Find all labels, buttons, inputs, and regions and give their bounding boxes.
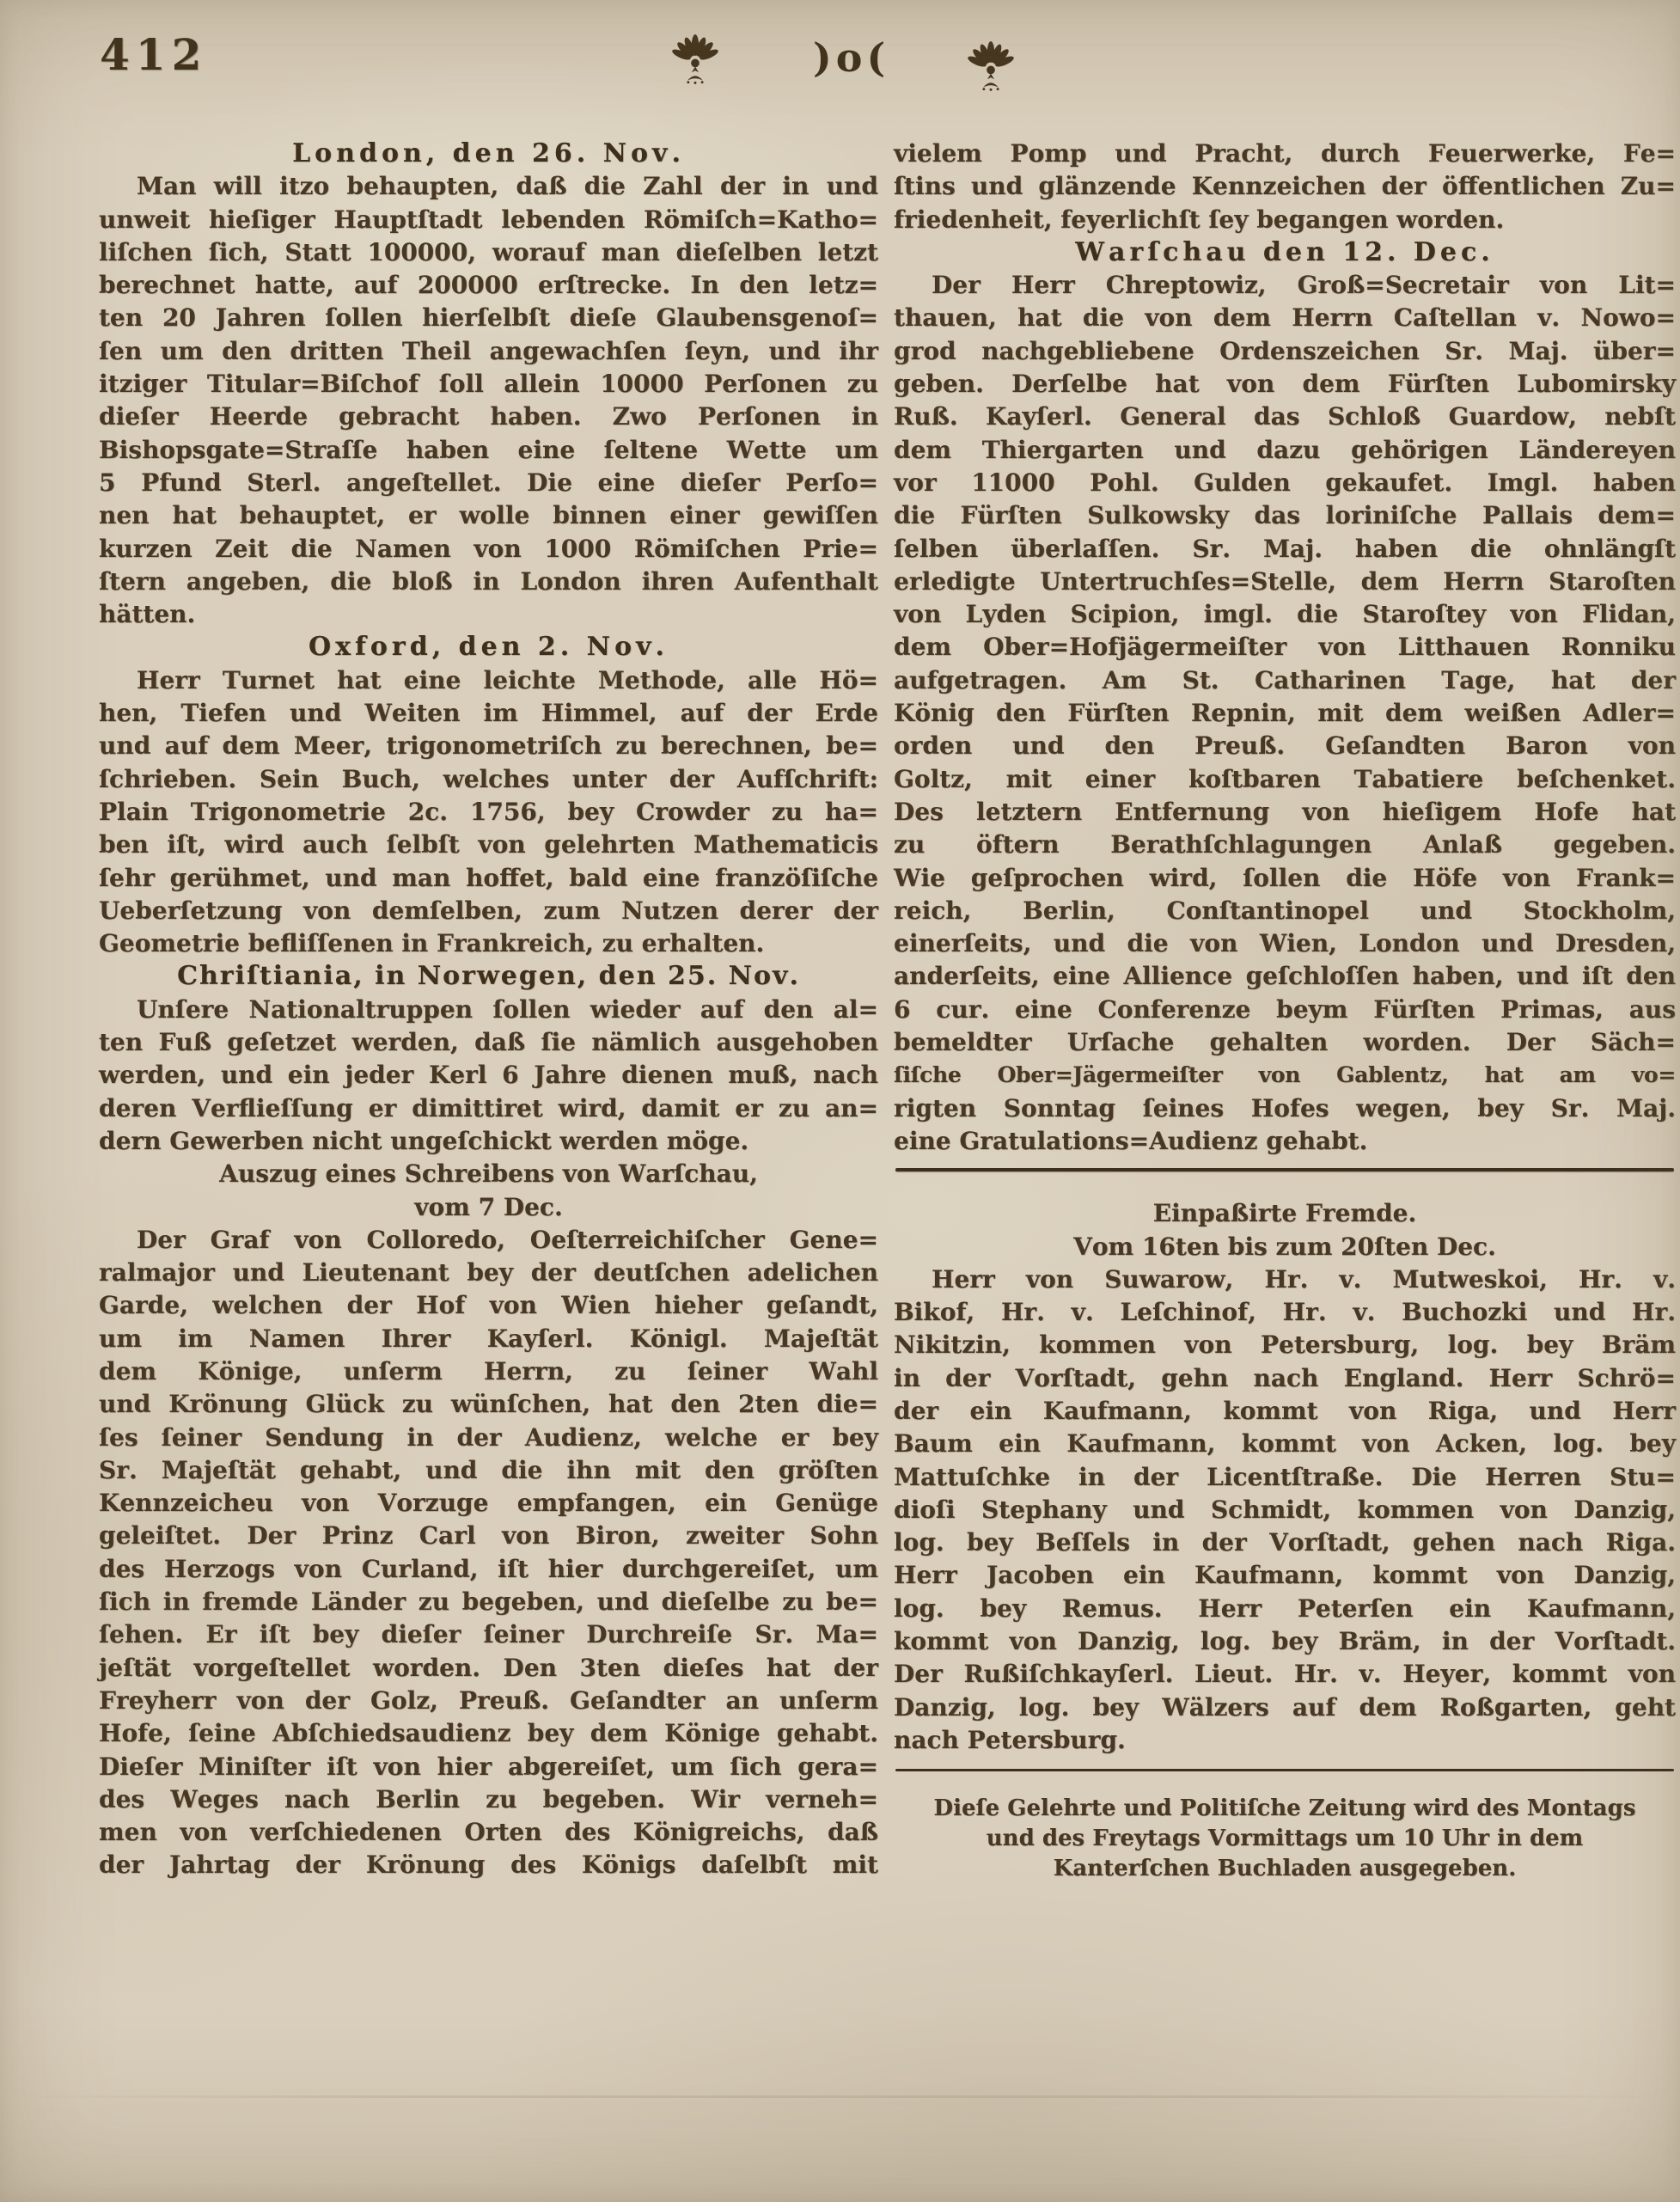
text-line: ralmajor und Lieutenant bey der deutſche…	[99, 1257, 878, 1289]
text-line: ſchrieben. Sein Buch, welches unter der …	[99, 763, 878, 796]
text-line: Geometrie befliſſenen in Frankreich, zu …	[99, 927, 878, 960]
text-line: und Krönung Glück zu wünſchen, hat den 2…	[99, 1388, 878, 1421]
heading-line: Chriſtiania, in Norwegen, den 25. Nov.	[99, 960, 878, 993]
text-line: zu öftern Berathſchlagungen Anlaß gegebe…	[894, 829, 1676, 861]
text-line: vor 11000 Pohl. Gulden gekaufet. Imgl. h…	[894, 467, 1676, 499]
text-line: des Weges nach Berlin zu begeben. Wir ve…	[99, 1783, 878, 1816]
text-line: dem Thiergarten und dazu gehörigen Lände…	[894, 434, 1676, 467]
text-line: Garde, welchen der Hof von Wien hieher g…	[99, 1289, 878, 1322]
text-line: Des letztern Entfernung von hieſigem Hof…	[894, 796, 1676, 829]
text-line: friedenheit, feyerlichſt ſey begangen wo…	[894, 204, 1676, 236]
text-line: anderſeits, eine Allience geſchloſſen ha…	[894, 960, 1676, 993]
text-line: ſehr gerühmet, und man hoffet, bald eine…	[99, 862, 878, 895]
text-line: König den Fürſten Repnin, mit dem weißen…	[894, 697, 1676, 730]
text-line: 6 cur. eine Conferenze beym Fürſten Prim…	[894, 994, 1676, 1026]
text-line: Baum ein Kaufmann, kommt von Acken, log.…	[894, 1428, 1676, 1460]
text-line: der ein Kaufmann, kommt von Riga, und He…	[894, 1395, 1676, 1428]
text-line: jeſtät vorgeſtellet worden. Den 3ten die…	[99, 1652, 878, 1685]
text-line: ſtins und glänzende Kennzeichen der öffe…	[894, 170, 1676, 203]
text-line: Goltz, mit einer koſtbaren Tabatiere beſ…	[894, 763, 1676, 796]
text-line: unweit hieſiger Hauptſtadt lebenden Römi…	[99, 204, 878, 236]
text-line: in der Vorſtadt, gehn nach England. Herr…	[894, 1362, 1676, 1395]
header-divider: )o(	[813, 34, 889, 81]
text-line: dem Könige, unſerm Herrn, zu ſeiner Wahl	[99, 1355, 878, 1388]
text-line: ten 20 Jahren ſollen hierſelbſt dieſe Gl…	[99, 302, 878, 334]
newspaper-page: 412 )o(	[0, 0, 1680, 2202]
text-line: itziger Titular=Biſchof ſoll allein 1000…	[99, 368, 878, 401]
text-line: bemeldter Urſache gehalten worden. Der S…	[894, 1026, 1676, 1059]
text-line: dieſer Heerde gebracht haben. Zwo Perſon…	[99, 401, 878, 433]
text-line: deren Verflieſſung er dimittiret wird, d…	[99, 1092, 878, 1125]
text-line: kurzen Zeit die Namen von 1000 Römiſchen…	[99, 533, 878, 566]
text-line: ten Fuß geſetzet werden, daß ſie nämlich…	[99, 1026, 878, 1059]
text-line: hätten.	[99, 598, 878, 631]
text-line: Kennzeicheu von Vorzuge empfangen, ein G…	[99, 1487, 878, 1520]
text-line: ben iſt, wird auch ſelbſt von gelehrten …	[99, 829, 878, 861]
text-line: und auf dem Meer, trigonometriſch zu ber…	[99, 730, 878, 762]
heading-line: Vom 16ten bis zum 20ſten Dec.	[894, 1231, 1676, 1263]
text-line: ſich in fremde Länder zu begeben, und di…	[99, 1586, 878, 1618]
left-column: London, den 26. Nov.Man will itzo behaup…	[99, 138, 878, 1882]
heading-line: Auszug eines Schreibens von Warſchau,	[99, 1158, 878, 1190]
text-line: der Jahrtag der Krönung des Königs daſel…	[99, 1849, 878, 1881]
text-line: aufgetragen. Am St. Catharinen Tage, hat…	[894, 664, 1676, 697]
text-line: eine Gratulations=Audienz gehabt.	[894, 1125, 1676, 1158]
text-line: grod nachgebliebene Ordenszeichen Sr. Ma…	[894, 335, 1676, 368]
text-line: ſiſche Ober=Jägermeiſter von Gablentz, h…	[894, 1059, 1676, 1092]
text-line: vielem Pomp und Pracht, durch Feuerwerke…	[894, 138, 1676, 170]
paper-crease	[0, 2095, 1680, 2098]
text-line: Herr Jacoben ein Kaufmann, kommt von Dan…	[894, 1559, 1676, 1592]
text-line: liſchen ſich, Statt 100000, worauf man d…	[99, 236, 878, 269]
text-line: Freyherr von der Golz, Preuß. Geſandter …	[99, 1685, 878, 1717]
text-line: Wie geſprochen wird, ſollen die Höfe von…	[894, 862, 1676, 895]
text-line: log. bey Beſſels in der Vorſtadt, gehen …	[894, 1526, 1676, 1559]
heading-line: Einpaßirte Fremde.	[894, 1197, 1676, 1230]
text-line: hen, Tiefen und Weiten im Himmel, auf de…	[99, 697, 878, 730]
text-line: Unſere Nationaltruppen ſollen wieder auf…	[99, 994, 878, 1026]
heading-line: vom 7 Dec.	[99, 1191, 878, 1224]
text-line: Bikof, Hr. v. Leſchinof, Hr. v. Buchozki…	[894, 1296, 1676, 1329]
text-line: Man will itzo behaupten, daß die Zahl de…	[99, 170, 878, 203]
text-line: Der Rußiſchkayſerl. Lieut. Hr. v. Heyer,…	[894, 1658, 1676, 1691]
section-divider-rule	[895, 1769, 1674, 1771]
text-line: Sr. Majeſtät gehabt, und die ihn mit den…	[99, 1454, 878, 1487]
text-line: Hofe, ſeine Abſchiedsaudienz bey dem Kön…	[99, 1717, 878, 1750]
text-line: ſehen. Er iſt bey dieſer ſeiner Durchrei…	[99, 1618, 878, 1651]
text-line: und des Freytags Vormittags um 10 Uhr in…	[894, 1824, 1676, 1854]
text-line: Dieſer Miniſter iſt von hier abgereiſet,…	[99, 1751, 878, 1783]
text-line: geleiſtet. Der Prinz Carl von Biron, zwe…	[99, 1520, 878, 1552]
palmette-ornament-icon	[968, 40, 1014, 95]
text-line: Dieſe Gelehrte und Politiſche Zeitung wi…	[894, 1794, 1676, 1824]
text-line: werden, und ein jeder Kerl 6 Jahre diene…	[99, 1059, 878, 1092]
text-line: nach Petersburg.	[894, 1724, 1676, 1757]
text-line: reich, Berlin, Conſtantinopel und Stockh…	[894, 895, 1676, 927]
text-line: erledigte Untertruchſes=Stelle, dem Herr…	[894, 566, 1676, 598]
text-line: thauen, hat die von dem Herrn Caſtellan …	[894, 302, 1676, 334]
text-line: Herr Turnet hat eine leichte Methode, al…	[99, 664, 878, 697]
text-line: ſes ſeiner Sendung in der Audienz, welch…	[99, 1422, 878, 1454]
text-line: ſen um den dritten Theil angewachſen ſey…	[99, 335, 878, 368]
text-line: 5 Pfund Sterl. angeſtellet. Die eine die…	[99, 467, 878, 499]
heading-line: Oxford, den 2. Nov.	[99, 631, 878, 664]
text-line: Nikitzin, kommen von Petersburg, log. be…	[894, 1329, 1676, 1361]
text-line: einerſeits, und die von Wien, London und…	[894, 927, 1676, 960]
text-line: geben. Derſelbe hat von dem Fürſten Lubo…	[894, 368, 1676, 401]
text-line: ſelben überlaſſen. Sr. Maj. haben die oh…	[894, 533, 1676, 566]
text-line: dem Ober=Hofjägermeiſter von Litthauen R…	[894, 631, 1676, 664]
heading-line: London, den 26. Nov.	[99, 138, 878, 170]
text-line: Bishopsgate=Straſſe haben eine ſeltene W…	[99, 434, 878, 467]
text-line: Kanterſchen Buchladen ausgegeben.	[894, 1854, 1676, 1884]
text-line: ſtern angeben, die bloß in London ihren …	[99, 566, 878, 598]
page-number: 412	[100, 29, 207, 80]
text-line: von Lyden Scipion, imgl. die Staroſtey v…	[894, 598, 1676, 631]
text-line: die Fürſten Sulkowsky das loriniſche Pal…	[894, 499, 1676, 532]
text-line: um im Namen Ihrer Kayſerl. Königl. Majeſ…	[99, 1323, 878, 1355]
text-line: Plain Trigonometrie 2c. 1756, bey Crowde…	[99, 796, 878, 829]
text-line: Danzig, log. bey Wälzers auf dem Roßgart…	[894, 1691, 1676, 1724]
text-line: orden und den Preuß. Geſandten Baron von	[894, 730, 1676, 762]
text-line: Der Graf von Colloredo, Oeſterreichiſche…	[99, 1224, 878, 1257]
text-line: Mattuſchke in der Licentſtraße. Die Herr…	[894, 1461, 1676, 1494]
text-line: kommt von Danzig, log. bey Bräm, in der …	[894, 1625, 1676, 1658]
section-divider-rule	[895, 1168, 1674, 1171]
text-line: dioſi Stephany und Schmidt, kommen von D…	[894, 1494, 1676, 1526]
text-line: men von verſchiedenen Orten des Königrei…	[99, 1816, 878, 1849]
right-column: vielem Pomp und Pracht, durch Feuerwerke…	[894, 138, 1676, 1884]
text-line: Ueberſetzung von demſelben, zum Nutzen d…	[99, 895, 878, 927]
text-line: Herr von Suwarow, Hr. v. Mutweskoi, Hr. …	[894, 1263, 1676, 1296]
text-line: rigten Sonntag ſeines Hofes wegen, bey S…	[894, 1092, 1676, 1125]
text-line: dern Gewerben nicht ungeſchickt werden m…	[99, 1125, 878, 1158]
text-line: berechnet hatte, auf 200000 erſtrecke. I…	[99, 269, 878, 302]
text-line: Der Herr Chreptowiz, Groß=Secretair von …	[894, 269, 1676, 302]
text-line: des Herzogs von Curland, iſt hier durchg…	[99, 1553, 878, 1586]
text-line: log. bey Remus. Herr Peterſen ein Kaufma…	[894, 1593, 1676, 1625]
text-line: Ruß. Kayſerl. General das Schloß Guardow…	[894, 401, 1676, 433]
text-line: nen hat behauptet, er wolle binnen einer…	[99, 499, 878, 532]
heading-line: Warſchau den 12. Dec.	[894, 236, 1676, 269]
palmette-ornament-icon	[672, 33, 718, 88]
